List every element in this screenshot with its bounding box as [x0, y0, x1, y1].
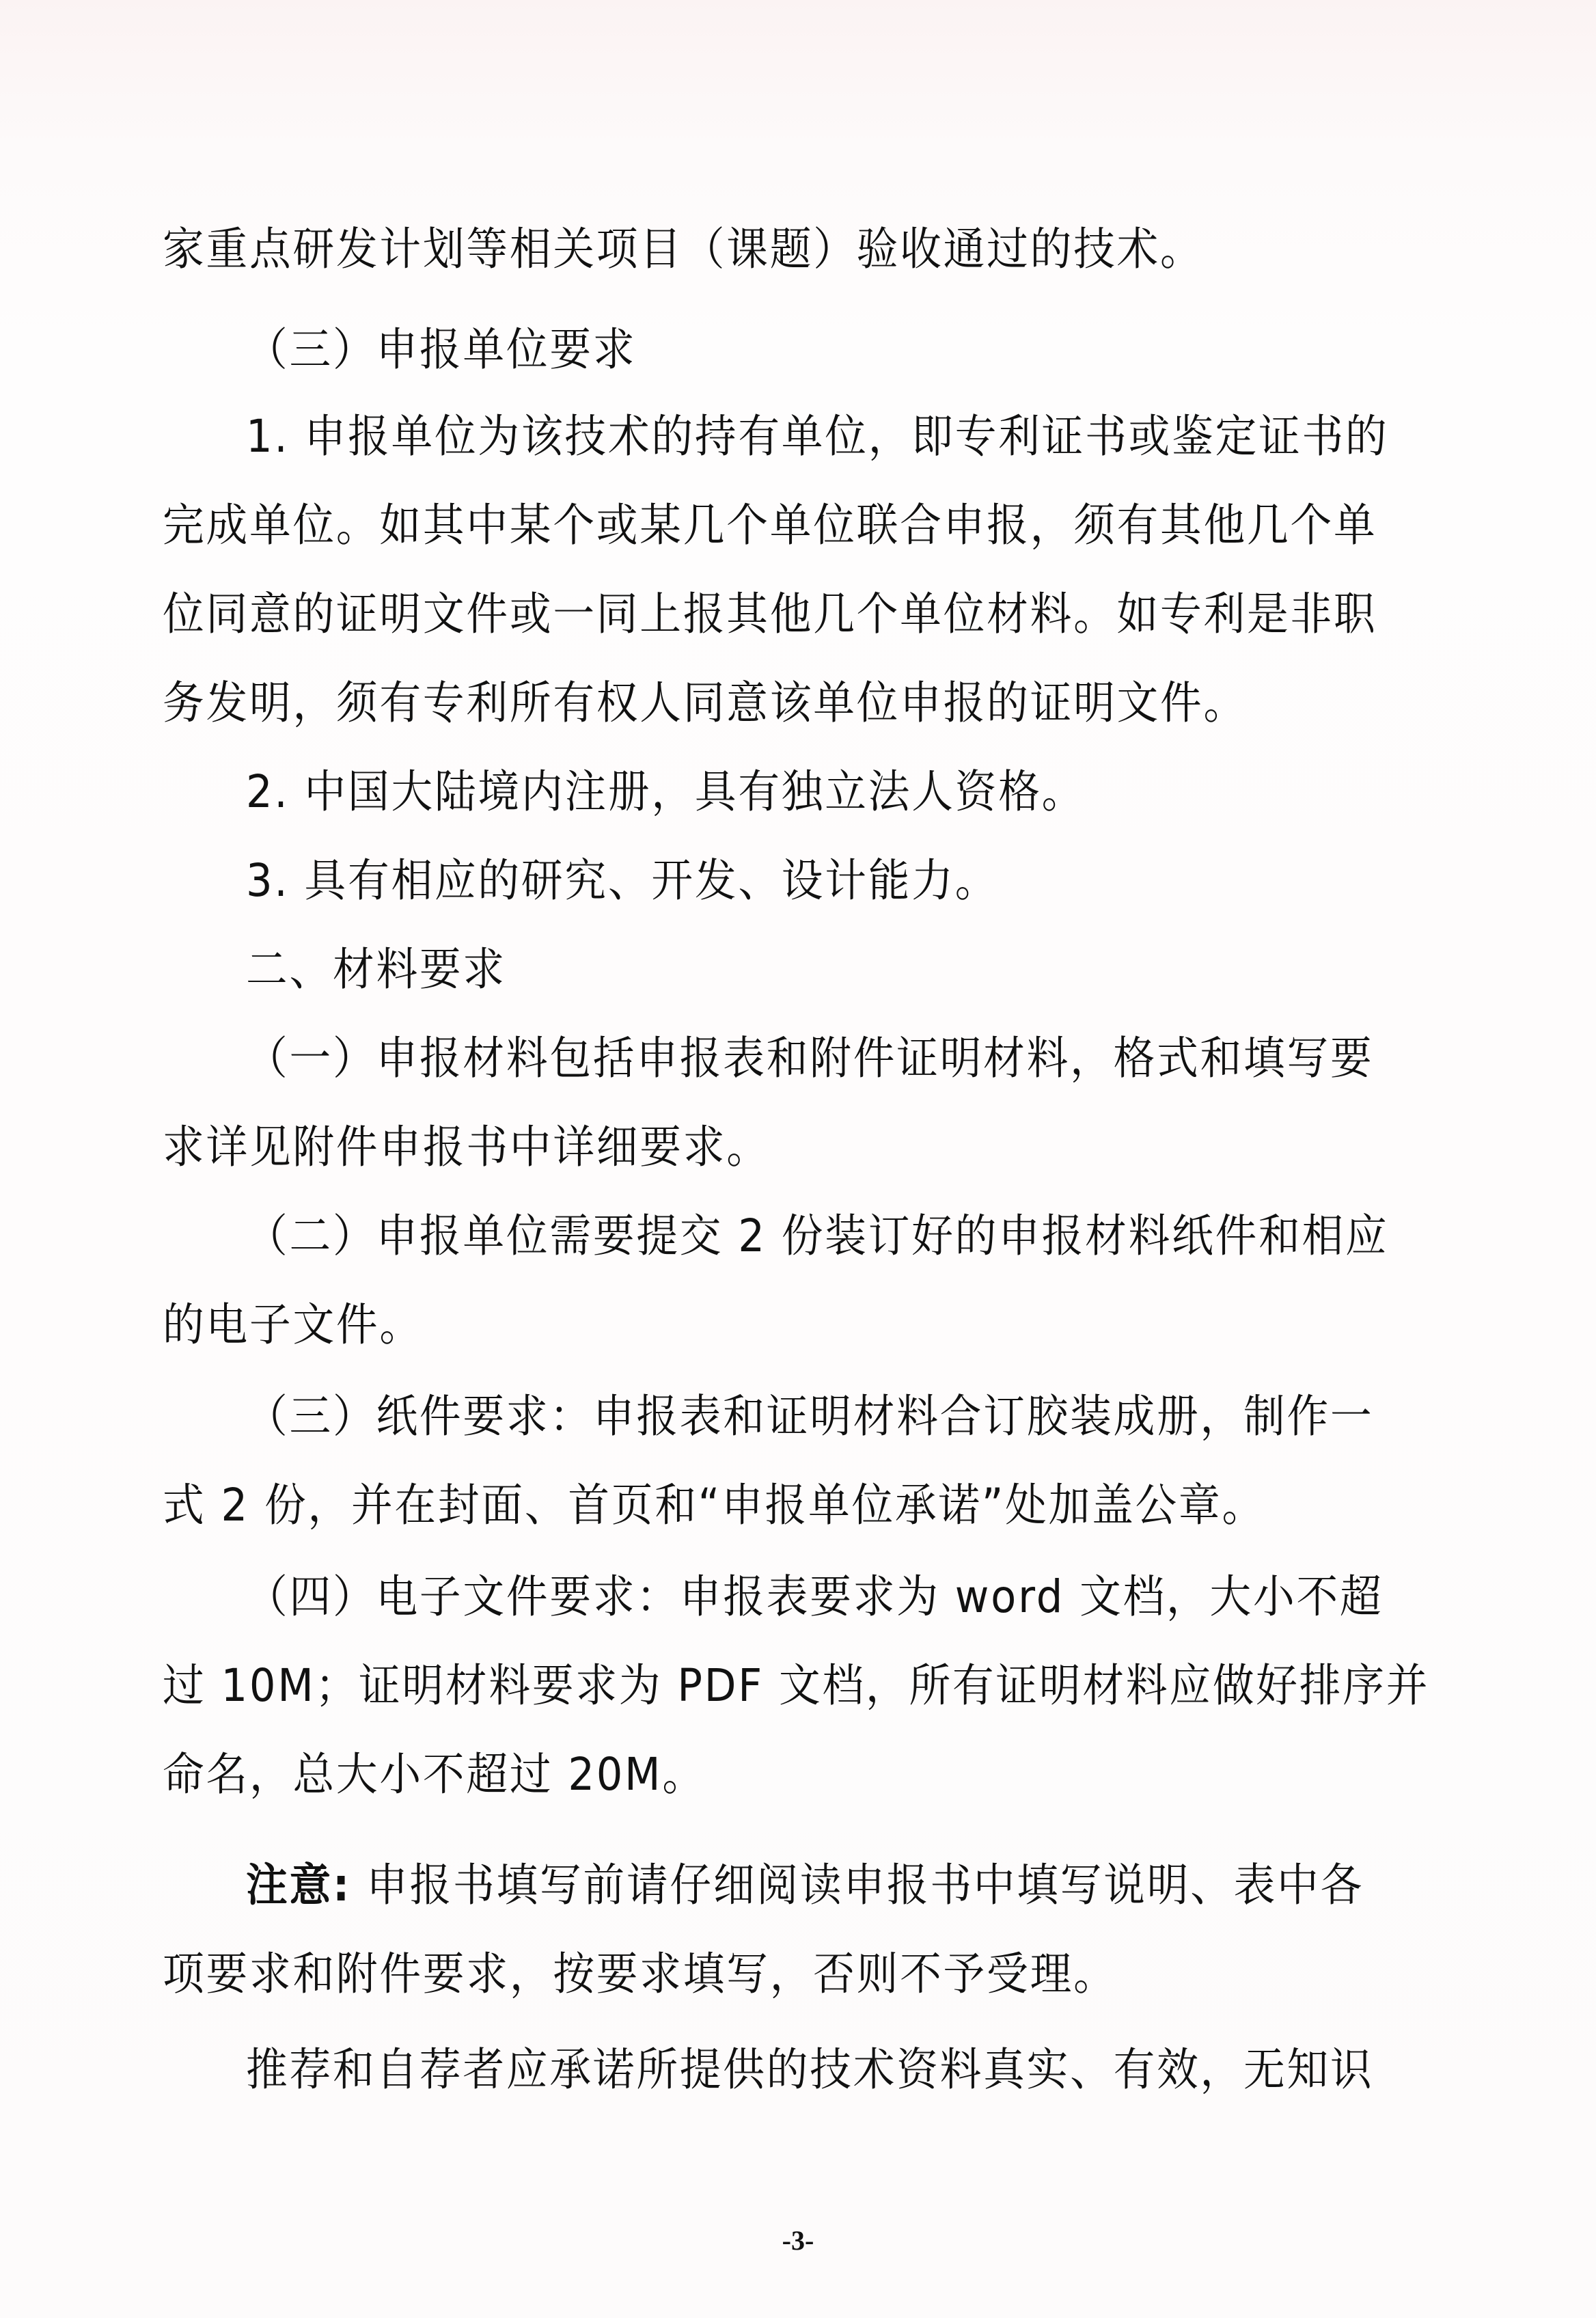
section-heading: （三）申报单位要求	[246, 319, 636, 381]
text-line: 推荐和自荐者应承诺所提供的技术资料真实、有效，无知识	[246, 2039, 1373, 2101]
text-line: （三）纸件要求：申报表和证明材料合订胶装成册，制作一	[246, 1386, 1373, 1447]
text-line: 1. 申报单位为该技术的持有单位，即专利证书或鉴定证书的	[246, 406, 1389, 467]
text-line: （一）申报材料包括申报表和附件证明材料，格式和填写要	[246, 1028, 1373, 1089]
text-line: 完成单位。如其中某个或某几个单位联合申报，须有其他几个单	[163, 495, 1377, 556]
section-heading: 二、材料要求	[246, 939, 506, 1000]
page-number: -3-	[0, 2224, 1596, 2256]
text-line: 过 10M；证明材料要求为 PDF 文档，所有证明材料应做好排序并	[163, 1655, 1429, 1717]
text-line: 的电子文件。	[163, 1294, 423, 1356]
text-line: （四）电子文件要求：申报表要求为 word 文档，大小不超	[246, 1566, 1383, 1628]
text-line: 位同意的证明文件或一同上报其他几个单位材料。如专利是非职	[163, 584, 1377, 645]
text-line: 家重点研发计划等相关项目（课题）验收通过的技术。	[163, 219, 1204, 280]
document-page: 家重点研发计划等相关项目（课题）验收通过的技术。 （三）申报单位要求 1. 申报…	[0, 0, 1596, 2318]
text-line: 务发明，须有专利所有权人同意该单位申报的证明文件。	[163, 672, 1247, 734]
text-line: 求详见附件申报书中详细要求。	[163, 1117, 770, 1178]
note-label: 注意:	[246, 1859, 351, 1911]
text-line: 3. 具有相应的研究、开发、设计能力。	[246, 850, 998, 912]
text-line: 项要求和附件要求，按要求填写，否则不予受理。	[163, 1944, 1117, 2005]
text-line: 式 2 份，并在封面、首页和“申报单位承诺”处加盖公章。	[163, 1475, 1265, 1536]
text-line: 2. 中国大陆境内注册，具有独立法人资格。	[246, 761, 1085, 823]
note-line: 注意: 申报书填写前请仔细阅读申报书中填写说明、表中各	[246, 1855, 1364, 1916]
text-line: 命名，总大小不超过 20M。	[163, 1744, 706, 1805]
note-text: 申报书填写前请仔细阅读申报书中填写说明、表中各	[351, 1859, 1364, 1911]
text-line: （二）申报单位需要提交 2 份装订好的申报材料纸件和相应	[246, 1205, 1389, 1267]
